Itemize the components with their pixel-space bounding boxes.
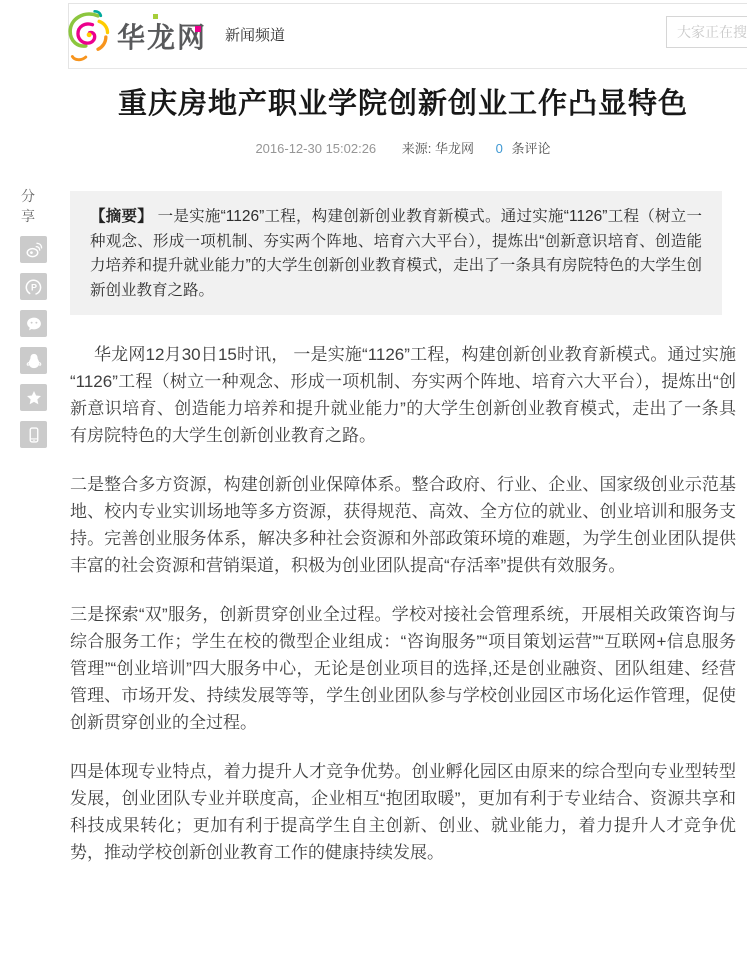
comment-count[interactable]: 0 — [496, 141, 503, 156]
pengyou-icon: P — [25, 278, 43, 296]
channel-label[interactable]: 新闻频道 — [225, 24, 285, 45]
article-meta: 2016-12-30 15:02:26 来源: 华龙网 0 条评论 — [70, 138, 736, 157]
mobile-icon — [25, 426, 43, 444]
dragon-logo-icon — [61, 8, 115, 66]
news-article-page: 华龙网 新闻频道 分享 P — [0, 0, 747, 958]
article: 重庆房地产职业学院创新创业工作凸显特色 2016-12-30 15:02:26 … — [70, 68, 736, 888]
share-rail: 分享 P — [20, 186, 48, 458]
article-title: 重庆房地产职业学院创新创业工作凸显特色 — [70, 86, 736, 122]
site-logo[interactable]: 华龙网 — [61, 6, 207, 66]
article-paragraph: 二是整合多方资源，构建创新创业保障体系。整合政府、行业、企业、国家级创业示范基地… — [70, 471, 736, 579]
site-header: 华龙网 新闻频道 — [68, 3, 747, 69]
logo-accent — [153, 14, 158, 19]
share-wechat-button[interactable] — [20, 310, 47, 337]
wechat-icon — [25, 315, 43, 333]
search-input[interactable] — [666, 16, 747, 48]
abstract-text: 一是实施“1126”工程，构建创新创业教育新模式。通过实施“1126”工程（树立… — [90, 208, 702, 299]
qzone-icon — [25, 389, 43, 407]
logo-accent — [195, 26, 201, 32]
weibo-icon — [25, 241, 43, 259]
source-label: 来源: 华龙网 — [402, 141, 474, 156]
share-qzone-button[interactable] — [20, 384, 47, 411]
share-label: 分享 — [21, 186, 48, 226]
article-paragraph: 三是探索“双”服务，创新贯穿创业全过程。学校对接社会管理系统，开展相关政策咨询与… — [70, 601, 736, 736]
svg-text:P: P — [30, 282, 36, 292]
article-body: 华龙网12月30日15时讯， 一是实施“1126”工程，构建创新创业教育新模式。… — [70, 341, 736, 866]
share-weibo-button[interactable] — [20, 236, 47, 263]
article-paragraph: 四是体现专业特点，着力提升人才竞争优势。创业孵化园区由原来的综合型向专业型转型发… — [70, 758, 736, 866]
share-qq-button[interactable] — [20, 347, 47, 374]
article-paragraph: 华龙网12月30日15时讯， 一是实施“1126”工程，构建创新创业教育新模式。… — [70, 341, 736, 449]
site-name: 华龙网 — [117, 16, 207, 56]
share-mobile-button[interactable] — [20, 421, 47, 448]
publish-date: 2016-12-30 15:02:26 — [255, 141, 376, 156]
abstract-label: 【摘要】 — [90, 208, 153, 225]
qq-icon — [25, 352, 43, 370]
article-abstract: 【摘要】 一是实施“1126”工程，构建创新创业教育新模式。通过实施“1126”… — [70, 191, 722, 315]
share-pengyou-button[interactable]: P — [20, 273, 47, 300]
comment-label[interactable]: 条评论 — [512, 141, 551, 156]
